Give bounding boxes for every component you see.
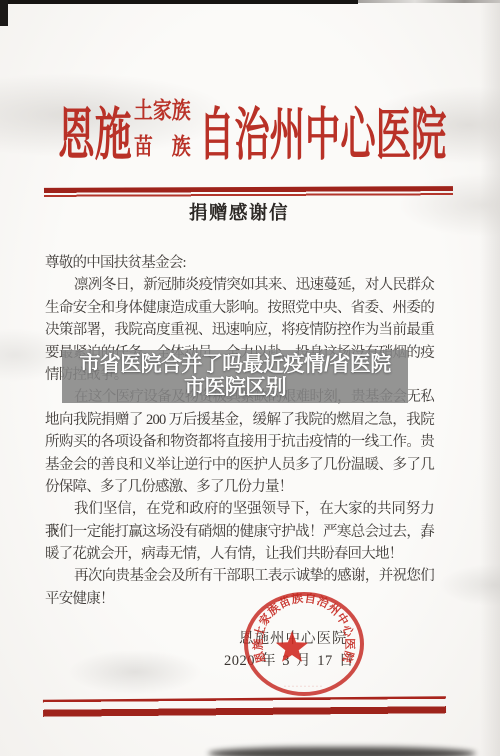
footer-divider — [43, 696, 446, 718]
body-line: 份保障、多了几份感激、多了几份力量！ — [45, 476, 434, 498]
body-line: 所购买的各项设备和物资都将直接用于抗击疫情的一线工作。贵 — [45, 431, 434, 453]
body-line: 生命安全和身体健康造成重大影响。按照党中央、省委、州委的 — [45, 297, 434, 319]
stamp-star-icon — [276, 631, 308, 662]
stamp-bottom-marks: ·········· — [284, 684, 324, 690]
caption-line-2: 市医院区别 — [62, 376, 408, 399]
body-line: 暖了花就会开，病毒无情，人有情，让我们共盼春回大地！ — [45, 543, 434, 565]
letter-body: 尊敬的中国扶贫基金会:凛冽冬日，新冠肺炎疫情突如其来、迅速蔓延，对人民群众生命安… — [45, 252, 434, 610]
hospital-name-part2: 自治州中心医院 — [199, 106, 446, 166]
scanned-donation-letter: 恩施 土家族 苗 族 自治州中心医院 捐赠感谢信 尊敬的中国扶贫基金会:凛冽冬日… — [0, 0, 500, 756]
body-line: 平安健康！ — [45, 588, 434, 610]
hospital-name-ethnic-labels: 土家族 苗 族 — [134, 99, 191, 158]
body-line: 地向我院捐赠了 200 万后援基金，缓解了我院的燃眉之急，我院 — [45, 409, 434, 431]
letter-title: 捐赠感谢信 — [0, 204, 489, 225]
body-line: 凛冽冬日，新冠肺炎疫情突如其来、迅速蔓延，对人民群众 — [45, 274, 434, 296]
svg-text:恩施土家族苗族自治州中心医院: 恩施土家族苗族自治州中心医院 — [251, 592, 357, 665]
body-line: 决策部署，我院高度重视、迅速响应，将疫情防控作为当前最重 — [45, 319, 434, 341]
body-line: 我们一定能打赢这场没有硝烟的健康守护战！严寒总会过去，春 — [45, 521, 434, 543]
body-line: 基金会的善良和义举让逆行中的医护人员多了几份温暖、多了几 — [45, 454, 434, 476]
stamp-arc-text: 恩施土家族苗族自治州中心医院 — [251, 592, 357, 665]
ethnic-label-bottom: 苗 族 — [134, 135, 191, 158]
caption-line-1: 市省医院合并了吗最近疫情/省医院 — [62, 353, 408, 376]
scan-edge-artifact-bottom — [208, 747, 476, 756]
video-caption-overlay: 市省医院合并了吗最近疫情/省医院 市医院区别 — [62, 350, 408, 403]
official-stamp: 恩施土家族苗族自治州中心医院 ·········· — [242, 592, 366, 698]
letterhead-divider — [44, 186, 453, 198]
ethnic-label-top: 土家族 — [134, 99, 191, 122]
body-line: 再次向贵基金会及所有干部职工表示诚挚的感谢，并祝您们 — [45, 565, 434, 587]
hospital-name-part1: 恩施 — [58, 106, 132, 166]
body-line: 尊敬的中国扶贫基金会: — [45, 252, 434, 274]
body-line: 我们坚信，在党和政府的坚强领导下，在大家的共同努力下， — [45, 498, 434, 520]
letterhead: 恩施 土家族 苗 族 自治州中心医院 — [0, 0, 500, 185]
